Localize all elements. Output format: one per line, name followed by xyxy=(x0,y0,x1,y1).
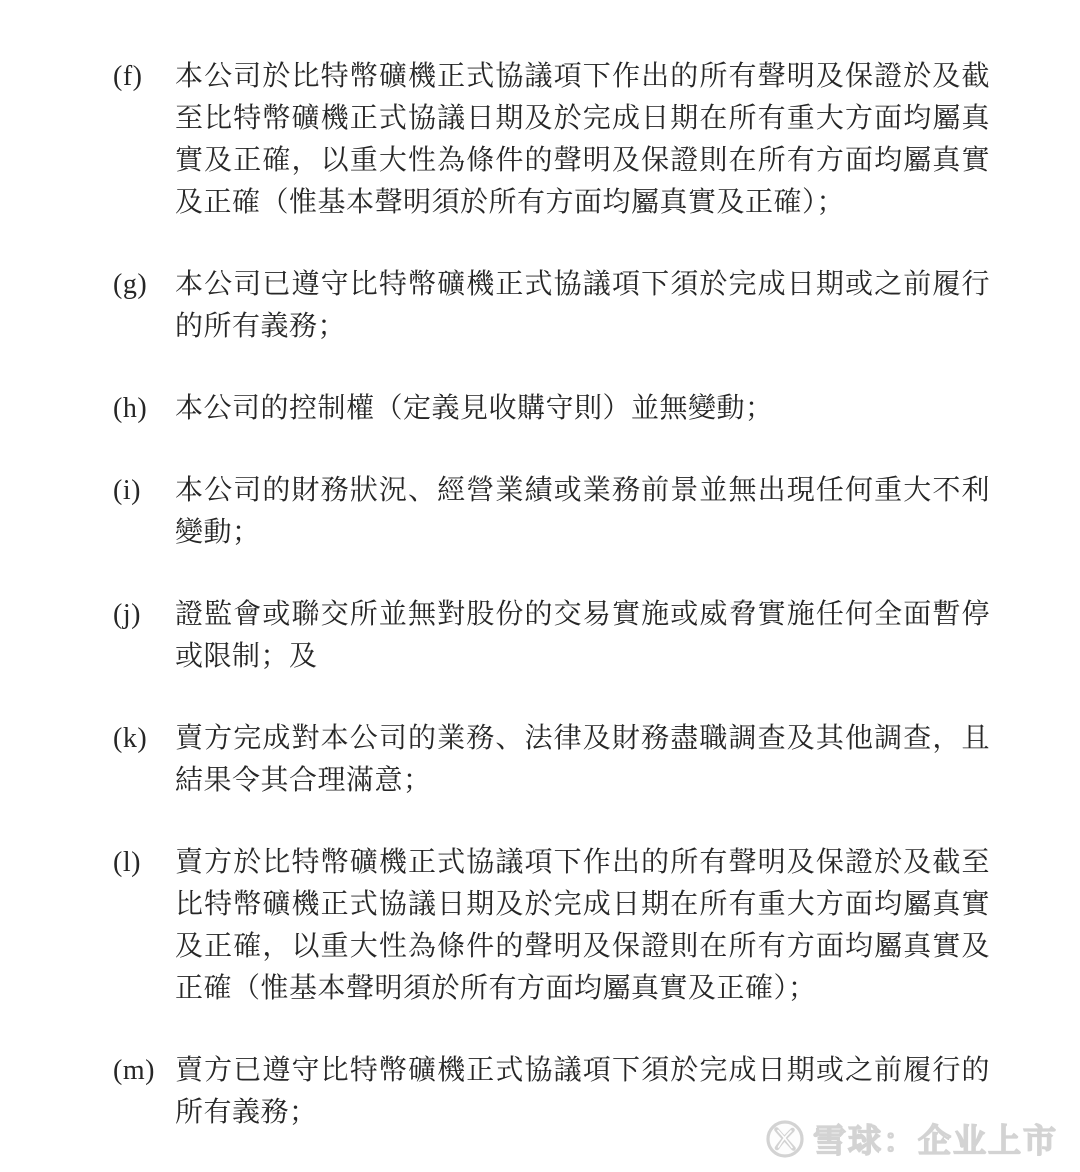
clause-list: (f) 本公司於比特幣礦機正式協議項下作出的所有聲明及保證於及截至比特幣礦機正式… xyxy=(0,0,1080,1134)
clause-text: 本公司的控制權（定義見收購守則）並無變動； xyxy=(175,388,990,430)
clause-item: (l) 賣方於比特幣礦機正式協議項下作出的所有聲明及保證於及截至比特幣礦機正式協… xyxy=(113,842,990,1010)
clause-text: 賣方於比特幣礦機正式協議項下作出的所有聲明及保證於及截至比特幣礦機正式協議日期及… xyxy=(175,842,990,1010)
xueqiu-logo-icon xyxy=(765,1119,805,1159)
clause-label: (i) xyxy=(113,470,175,512)
watermark-text: 雪球：企业上市 xyxy=(813,1115,1058,1162)
clause-item: (g) 本公司已遵守比特幣礦機正式協議項下須於完成日期或之前履行的所有義務； xyxy=(113,264,990,348)
clause-item: (h) 本公司的控制權（定義見收購守則）並無變動； xyxy=(113,388,990,430)
clause-text: 證監會或聯交所並無對股份的交易實施或威脅實施任何全面暫停或限制；及 xyxy=(175,594,990,678)
clause-item: (j) 證監會或聯交所並無對股份的交易實施或威脅實施任何全面暫停或限制；及 xyxy=(113,594,990,678)
clause-label: (m) xyxy=(113,1050,175,1092)
clause-item: (i) 本公司的財務狀況、經營業績或業務前景並無出現任何重大不利變動； xyxy=(113,470,990,554)
watermark: 雪球：企业上市 xyxy=(765,1115,1058,1162)
clause-label: (l) xyxy=(113,842,175,884)
clause-item: (f) 本公司於比特幣礦機正式協議項下作出的所有聲明及保證於及截至比特幣礦機正式… xyxy=(113,56,990,224)
clause-label: (k) xyxy=(113,718,175,760)
clause-text: 本公司的財務狀況、經營業績或業務前景並無出現任何重大不利變動； xyxy=(175,470,990,554)
clause-label: (h) xyxy=(113,388,175,430)
clause-text: 賣方完成對本公司的業務、法律及財務盡職調查及其他調查，且結果令其合理滿意； xyxy=(175,718,990,802)
clause-text: 本公司於比特幣礦機正式協議項下作出的所有聲明及保證於及截至比特幣礦機正式協議日期… xyxy=(175,56,990,224)
document-page: (f) 本公司於比特幣礦機正式協議項下作出的所有聲明及保證於及截至比特幣礦機正式… xyxy=(0,0,1080,1172)
clause-label: (f) xyxy=(113,56,175,98)
clause-item: (k) 賣方完成對本公司的業務、法律及財務盡職調查及其他調查，且結果令其合理滿意… xyxy=(113,718,990,802)
clause-text: 本公司已遵守比特幣礦機正式協議項下須於完成日期或之前履行的所有義務； xyxy=(175,264,990,348)
clause-label: (j) xyxy=(113,594,175,636)
clause-label: (g) xyxy=(113,264,175,306)
